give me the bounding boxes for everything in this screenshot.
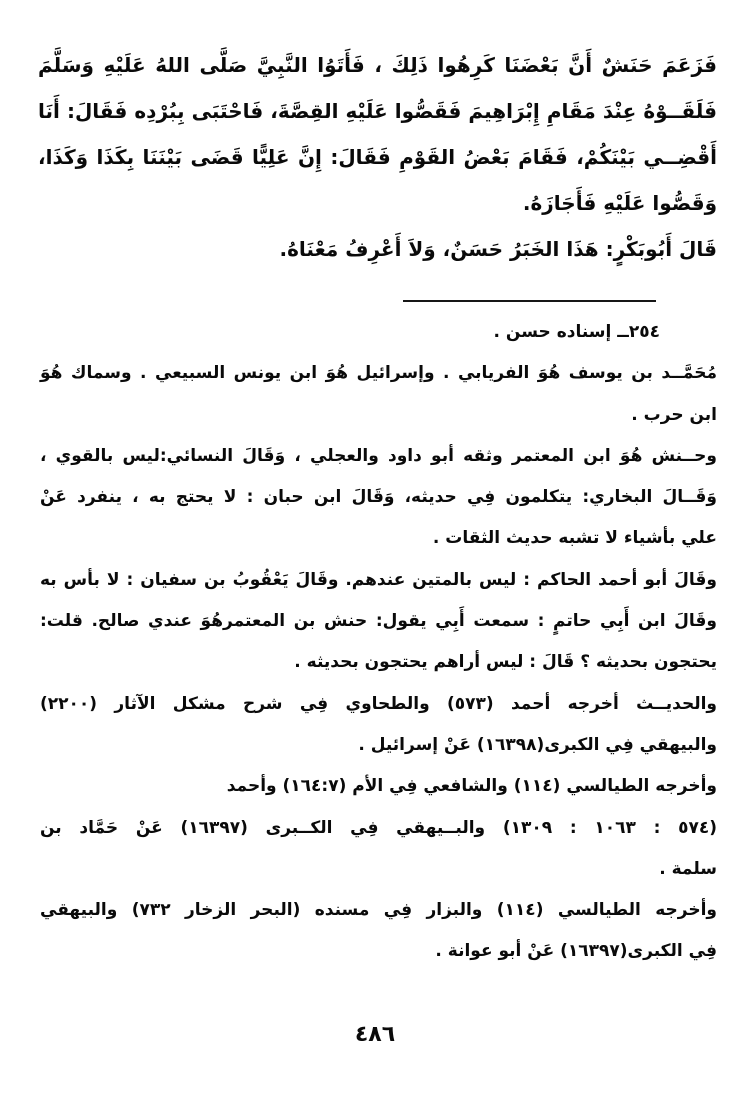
footnotes-block: ٢٥٤ــ إسناده حسن . مُحَمَّــد بن يوسف هُ… [40,312,717,973]
footnote-line: فِي الكبرى(١٦٣٩٧) عَنْ أبو عوانة . [40,931,717,972]
footnote-separator [403,300,656,302]
page-number: ٤٨٦ [0,1022,750,1047]
footnote-line: والبيهقي فِي الكبرى(١٦٣٩٨) عَنْ إسرائيل … [40,725,717,766]
footnote-line: وَقَــالَ البخاري: يتكلمون فِي حديثه، وَ… [40,477,717,518]
footnote-line: مُحَمَّــد بن يوسف هُوَ الفريابي . وإسرا… [40,353,717,394]
main-text-line: قَالَ أَبُوبَكْرٍ: هَذَا الخَبَرُ حَسَنٌ… [38,226,717,272]
footnote-number-line: ٢٥٤ــ إسناده حسن . [40,312,717,353]
main-text-line: فَلَقَــوْهُ عِنْدَ مَقَامِ إِبْرَاهِيمَ… [38,88,717,134]
footnote-line: وقَالَ ابن أَبِي حاتمٍ : سمعت أَبِي يقول… [40,601,717,642]
footnote-line: وأخرجه الطيالسي (١١٤) والشافعي فِي الأم … [40,766,717,807]
footnote-line: وحــنش هُوَ ابن المعتمر وثقه أبو داود وا… [40,436,717,477]
footnote-line: علي بأشياء لا تشبه حديث الثقات . [40,518,717,559]
main-text-line: فَزَعَمَ حَنَشٌ أَنَّ بَعْضَنَا كَرِهُوا… [38,42,717,88]
main-text-line: وَقَصُّوا عَلَيْهِ فَأَجَازَهُ. [38,180,717,226]
main-hadith-text: فَزَعَمَ حَنَشٌ أَنَّ بَعْضَنَا كَرِهُوا… [38,42,717,272]
footnote-line: والحديــث أخرجه أحمد (٥٧٣) والطحاوي فِي … [40,684,717,725]
footnote-line: وقَالَ أبو أحمد الحاكم : ليس بالمتين عند… [40,560,717,601]
footnote-line: (٥٧٤ : ١٠٦٣ : ١٣٠٩) والبــيهقي فِي الكــ… [40,808,717,849]
footnote-line: يحتجون بحديثه ؟ قَالَ : ليس أراهم يحتجون… [40,642,717,683]
footnote-line: وأخرجه الطيالسي (١١٤) والبزار فِي مسنده … [40,890,717,931]
footnote-line: سلمة . [40,849,717,890]
footnote-line: ابن حرب . [40,395,717,436]
main-text-line: أَقْضِــي بَيْنَكُمْ، فَقَامَ بَعْضُ الق… [38,134,717,180]
book-page: فَزَعَمَ حَنَشٌ أَنَّ بَعْضَنَا كَرِهُوا… [0,0,750,1101]
